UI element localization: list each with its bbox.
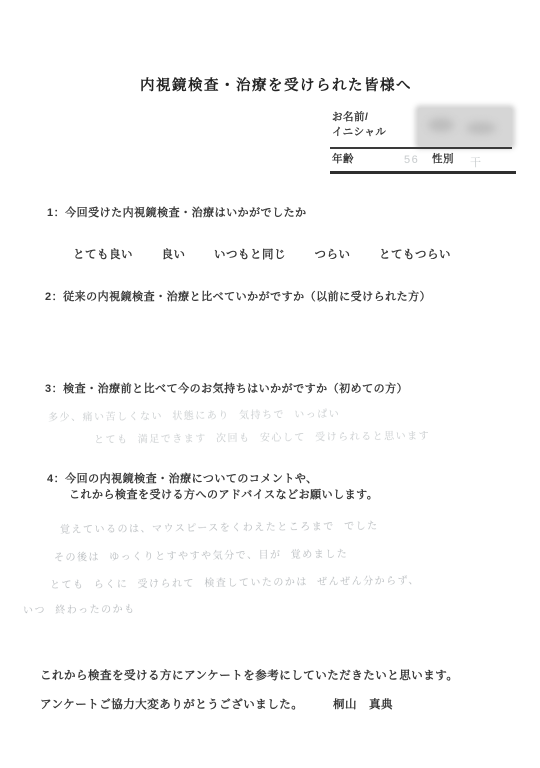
- question-4-answer-line-1: 覚えているのは、マウスピースをくわえたところまで でした: [60, 517, 379, 536]
- thanks-text: アンケートご協力大変ありがとうございました。: [40, 699, 303, 711]
- gender-value-handwritten: 干: [470, 154, 483, 170]
- age-label: 年齢: [332, 152, 354, 167]
- redaction-smudge: [466, 122, 496, 134]
- option-hard: つらい: [315, 246, 351, 262]
- question-2: 2：従来の内視鏡検査・治療と比べていかがですか（以前に受けられた方）: [45, 288, 431, 304]
- question-4-answer-line-2: その後は ゆっくりとすやすや気分で、目が 覚めました: [54, 545, 348, 564]
- question-3-answer-line-1: 多少、痛い苦しくない 状態にあり 気持ちで いっぱい: [48, 405, 340, 424]
- option-very-good: とても良い: [73, 246, 133, 262]
- question-3-number: 3：: [45, 383, 63, 395]
- question-3-text: 検査・治療前と比べて今のお気持ちはいかがですか（初めての方）: [63, 383, 408, 395]
- name-label: お名前/: [332, 110, 368, 125]
- question-1-text: 今回受けた内視鏡検査・治療はいかがでしたか: [65, 207, 307, 219]
- footer-note: これから検査を受ける方にアンケートを参考にしていただきたいと思います。: [40, 667, 458, 683]
- redaction-smudge: [428, 118, 454, 132]
- gender-label: 性別: [432, 152, 454, 167]
- question-4-answer-line-3: とても らくに 受けられて 検査していたのかは ぜんぜん分からず、: [50, 572, 420, 592]
- question-4: 4：今回の内視鏡検査・治療についてのコメントや、: [47, 470, 318, 486]
- question-4-text-line-2: これから検査を受ける方へのアドバイスなどお願いします。: [69, 486, 378, 502]
- question-2-number: 2：: [45, 291, 63, 303]
- question-4-number: 4：: [47, 473, 65, 485]
- respondent-info-block: お名前/ イニシャル 年齢 56 性別 干: [330, 106, 516, 176]
- form-bottom-line: [330, 171, 516, 174]
- question-3: 3：検査・治療前と比べて今のお気持ちはいかがですか（初めての方）: [45, 380, 408, 396]
- signature: 桐山 真典: [333, 699, 393, 711]
- question-2-text: 従来の内視鏡検査・治療と比べていかがですか（以前に受けられた方）: [63, 291, 431, 303]
- age-value-handwritten: 56: [404, 154, 419, 166]
- footer-thanks: アンケートご協力大変ありがとうございました。 桐山 真典: [40, 696, 393, 712]
- form-divider-line: [330, 147, 512, 149]
- page-title: 内視鏡検査・治療を受けられた皆様へ: [140, 74, 412, 95]
- question-1-number: 1：: [47, 207, 65, 219]
- scanned-questionnaire-page: 内視鏡検査・治療を受けられた皆様へ お名前/ イニシャル 年齢 56 性別 干 …: [0, 0, 540, 768]
- question-4-text-line-1: 今回の内視鏡検査・治療についてのコメントや、: [65, 473, 318, 485]
- initial-label: イニシャル: [332, 125, 386, 140]
- name-value-redacted: [418, 108, 512, 146]
- question-1: 1：今回受けた内視鏡検査・治療はいかがでしたか: [47, 204, 307, 220]
- question-1-options: とても良い 良い いつもと同じ つらい とてもつらい: [73, 246, 451, 262]
- option-good: 良い: [162, 246, 186, 262]
- option-very-hard: とてもつらい: [379, 246, 451, 262]
- question-4-answer-line-4: いつ 終わったのかも: [23, 600, 136, 616]
- option-same-as-usual: いつもと同じ: [214, 246, 286, 262]
- question-3-answer-line-2: とても 満足できます 次回も 安心して 受けられると思います: [94, 427, 430, 446]
